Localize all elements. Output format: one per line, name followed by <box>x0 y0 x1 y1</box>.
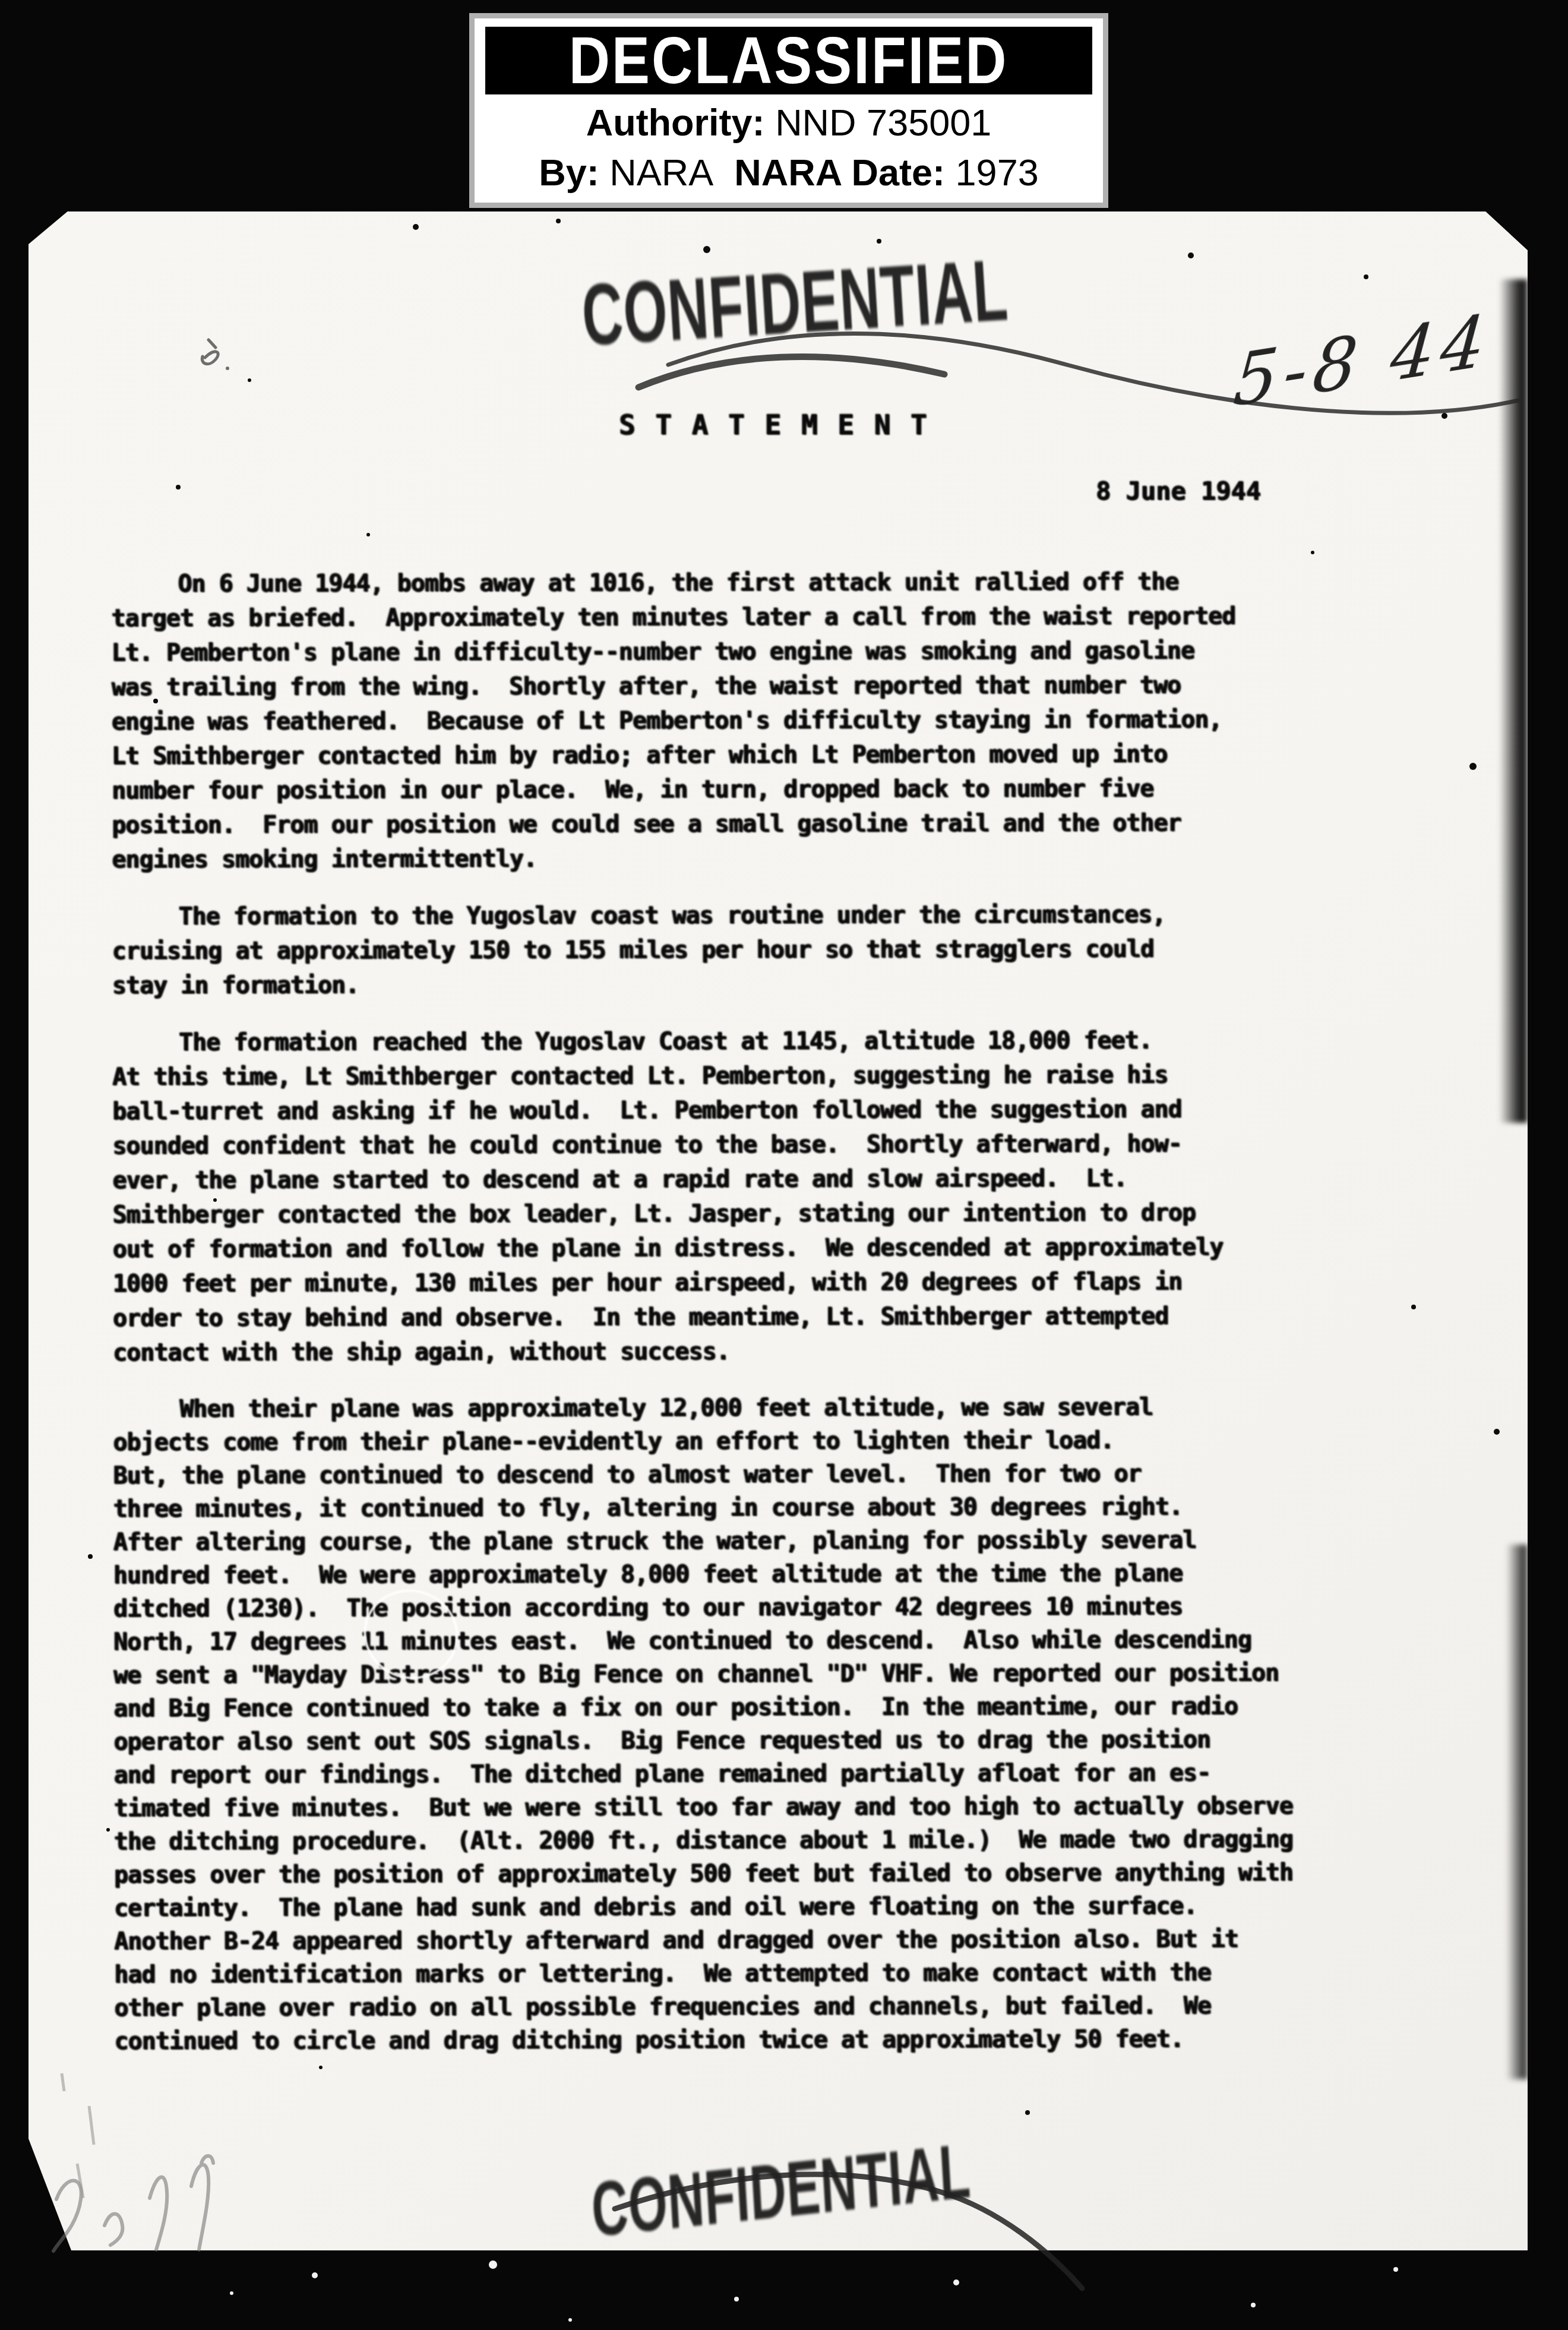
text-line: three minutes, it continued to fly, alte… <box>113 1490 1390 1526</box>
spacer <box>945 151 956 194</box>
text-line: The formation reached the Yugoslav Coast… <box>112 1023 1389 1060</box>
text-line: number four position in our place. We, i… <box>112 771 1389 809</box>
text-line: ever, the plane started to descend at a … <box>112 1161 1389 1198</box>
text-line: and Big Fence continued to take a fix on… <box>113 1690 1390 1726</box>
text-line: ditched (1230). The position according t… <box>113 1590 1390 1626</box>
spacer <box>713 151 734 194</box>
text-line: On 6 June 1944, bombs away at 1016, the … <box>111 564 1388 602</box>
text-line: After altering course, the plane struck … <box>113 1523 1390 1559</box>
paragraph-1: On 6 June 1944, bombs away at 1016, the … <box>111 564 1389 877</box>
by-line: By: NARA NARA Date: 1973 <box>485 151 1092 194</box>
scan-noise-light <box>230 2260 1398 2322</box>
declassified-bar: DECLASSIFIED <box>485 27 1092 94</box>
spacer <box>599 151 610 194</box>
nara-date-value: 1973 <box>956 151 1039 194</box>
text-line: North, 17 degrees 11 minutes east. We co… <box>113 1623 1390 1659</box>
text-line: stay in formation. <box>112 966 1389 1003</box>
text-line: contact with the ship again, without suc… <box>113 1333 1390 1371</box>
scan-shadow-right <box>1499 279 1528 1123</box>
authority-line: Authority: NND 735001 <box>485 102 1092 144</box>
document-date: 8 June 1944 <box>1096 476 1261 506</box>
text-line: At this time, Lt Smithberger contacted L… <box>112 1057 1389 1095</box>
text-line: The formation to the Yugoslav coast was … <box>112 897 1389 934</box>
text-line: out of formation and follow the plane in… <box>113 1230 1390 1267</box>
text-line: operator also sent out SOS signals. Big … <box>113 1723 1390 1759</box>
text-line: ball-turret and asking if he would. Lt. … <box>112 1092 1389 1129</box>
nara-date-label: NARA Date: <box>734 151 945 194</box>
text-line: and report our findings. The ditched pla… <box>114 1756 1391 1792</box>
by-value: NARA <box>609 151 713 194</box>
text-line: sounded confident that he could continue… <box>112 1126 1389 1164</box>
text-line: When their plane was approximately 12,00… <box>113 1390 1390 1426</box>
paragraph-3: The formation reached the Yugoslav Coast… <box>112 1023 1390 1371</box>
text-line: passes over the position of approximatel… <box>114 1856 1391 1892</box>
paragraph-4: When their plane was approximately 12,00… <box>113 1390 1391 2059</box>
text-line: Lt. Pemberton's plane in difficulty--num… <box>112 633 1389 671</box>
text-line: had no identification marks or lettering… <box>114 1956 1391 1992</box>
text-line: Lt Smithberger contacted him by radio; a… <box>112 737 1389 774</box>
text-line: continued to circle and drag ditching po… <box>114 2022 1391 2059</box>
scan-shadow-right-lower <box>1506 1545 1528 2079</box>
document-title: S T A T E M E N T <box>619 409 929 441</box>
paragraph-2: The formation to the Yugoslav coast was … <box>112 897 1389 1003</box>
scanned-document-frame: DECLASSIFIED Authority: NND 735001 By: N… <box>0 0 1568 2330</box>
text-line: engines smoking intermittently. <box>112 840 1389 877</box>
text-line: target as briefed. Approximately ten min… <box>111 599 1388 636</box>
authority-label: Authority: <box>586 102 765 144</box>
authority-number: NND 735001 <box>775 102 991 144</box>
text-line: we sent a "Mayday Distress" to Big Fence… <box>113 1656 1390 1693</box>
text-line: objects come from their plane--evidently… <box>113 1423 1390 1460</box>
document-body: On 6 June 1944, bombs away at 1016, the … <box>111 564 1391 2080</box>
text-line: order to stay behind and observe. In the… <box>113 1299 1390 1336</box>
text-line: But, the plane continued to descend to a… <box>113 1457 1390 1493</box>
text-line: was trailing from the wing. Shortly afte… <box>112 668 1389 705</box>
text-line: timated five minutes. But we were still … <box>114 1789 1391 1826</box>
authority-value <box>765 102 776 144</box>
text-line: other plane over radio on all possible f… <box>114 1989 1391 2025</box>
declassified-title: DECLASSIFIED <box>569 23 1009 98</box>
text-line: the ditching procedure. (Alt. 2000 ft., … <box>114 1823 1391 1859</box>
text-line: 1000 feet per minute, 130 miles per hour… <box>113 1264 1390 1302</box>
text-line: position. From our position we could see… <box>112 806 1389 843</box>
by-label: By: <box>539 151 599 194</box>
text-line: Smithberger contacted the box leader, Lt… <box>113 1195 1390 1233</box>
text-line: engine was feathered. Because of Lt Pemb… <box>112 702 1389 740</box>
text-line: Another B-24 appeared shortly afterward … <box>114 1922 1391 1959</box>
text-line: cruising at approximately 150 to 155 mil… <box>112 932 1389 969</box>
declassification-banner: DECLASSIFIED Authority: NND 735001 By: N… <box>469 13 1108 208</box>
text-line: hundred feet. We were approximately 8,00… <box>113 1557 1390 1593</box>
text-line: certainty. The plane had sunk and debris… <box>114 1889 1391 1925</box>
